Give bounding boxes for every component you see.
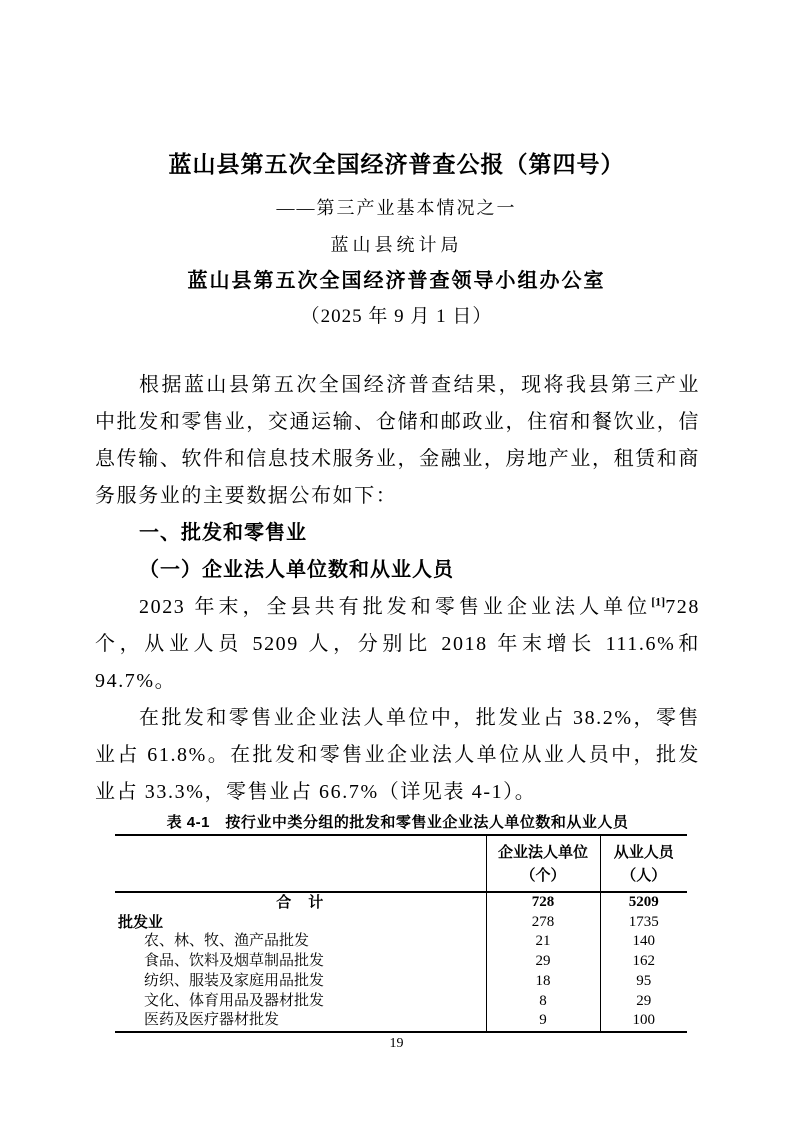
cell-units: 8: [486, 992, 600, 1012]
header-units-line1: 企业法人单位: [487, 841, 600, 864]
document-body: 根据蓝山县第五次全国经济普查结果，现将我县第三产业中批发和零售业，交通运输、仓储…: [95, 367, 700, 1033]
leading-group-office: 蓝山县第五次全国经济普查领导小组办公室: [0, 264, 793, 293]
cell-units: 18: [486, 972, 600, 992]
cell-units: 29: [486, 952, 600, 972]
units-text-before: 2023 年末，全县共有批发和零售业企业法人单位: [139, 596, 651, 618]
cell-employees: 1735: [600, 913, 687, 933]
shares-paragraph: 在批发和零售业企业法人单位中，批发业占 38.2%，零售业占 61.8%。在批发…: [95, 700, 700, 811]
cell-industry: 医药及医疗器材批发: [115, 1011, 486, 1032]
footnote-marker: [1]: [651, 594, 665, 608]
subsection-heading: （一）企业法人单位数和从业人员: [95, 552, 700, 589]
document-subtitle: ——第三产业基本情况之一: [0, 194, 793, 220]
cell-units: 21: [486, 932, 600, 952]
publish-date: （2025 年 9 月 1 日）: [0, 301, 793, 328]
cell-units: 9: [486, 1011, 600, 1032]
units-paragraph: 2023 年末，全县共有批发和零售业企业法人单位[1]728 个，从业人员 52…: [95, 589, 700, 700]
intro-paragraph: 根据蓝山县第五次全国经济普查结果，现将我县第三产业中批发和零售业，交通运输、仓储…: [95, 367, 700, 515]
table-row: 纺织、服装及家庭用品批发1895: [115, 972, 687, 992]
table-row: 医药及医疗器材批发9100: [115, 1011, 687, 1032]
header-cell-employees: 从业人员 （人）: [600, 835, 687, 892]
header-units-line2: （个）: [487, 864, 600, 887]
table-row: 食品、饮料及烟草制品批发29162: [115, 952, 687, 972]
cell-units: 728: [486, 892, 600, 913]
document-page: 蓝山县第五次全国经济普查公报（第四号） ——第三产业基本情况之一 蓝山县统计局 …: [0, 0, 793, 1122]
table-row: 合 计7285209: [115, 892, 687, 913]
header-cell-units: 企业法人单位 （个）: [486, 835, 600, 892]
table-row: 批发业2781735: [115, 913, 687, 933]
stats-table: 企业法人单位 （个） 从业人员 （人） 合 计7285209批发业2781735…: [115, 834, 687, 1033]
cell-employees: 162: [600, 952, 687, 972]
cell-employees: 100: [600, 1011, 687, 1032]
cell-employees: 29: [600, 992, 687, 1012]
cell-industry: 合 计: [115, 892, 486, 913]
cell-industry: 文化、体育用品及器材批发: [115, 992, 486, 1012]
table-row: 文化、体育用品及器材批发829: [115, 992, 687, 1012]
cell-units: 278: [486, 913, 600, 933]
cell-employees: 5209: [600, 892, 687, 913]
header-employees-line1: 从业人员: [601, 841, 688, 864]
page-number: 19: [0, 1036, 793, 1052]
table-header: 企业法人单位 （个） 从业人员 （人）: [115, 835, 687, 892]
header-cell-industry: [115, 835, 486, 892]
table-header-row: 企业法人单位 （个） 从业人员 （人）: [115, 835, 687, 892]
cell-industry: 农、林、牧、渔产品批发: [115, 932, 486, 952]
table-body: 合 计7285209批发业2781735农、林、牧、渔产品批发21140食品、饮…: [115, 892, 687, 1032]
table-caption: 表 4-1 按行业中类分组的批发和零售业企业法人单位数和从业人员: [95, 814, 700, 832]
cell-industry: 批发业: [115, 913, 486, 933]
cell-employees: 95: [600, 972, 687, 992]
section-heading: 一、批发和零售业: [95, 515, 700, 552]
table-row: 农、林、牧、渔产品批发21140: [115, 932, 687, 952]
document-title: 蓝山县第五次全国经济普查公报（第四号）: [0, 146, 793, 179]
cell-industry: 纺织、服装及家庭用品批发: [115, 972, 486, 992]
cell-employees: 140: [600, 932, 687, 952]
cell-industry: 食品、饮料及烟草制品批发: [115, 952, 486, 972]
issuing-agency: 蓝山县统计局: [0, 231, 793, 257]
header-employees-line2: （人）: [601, 864, 688, 887]
